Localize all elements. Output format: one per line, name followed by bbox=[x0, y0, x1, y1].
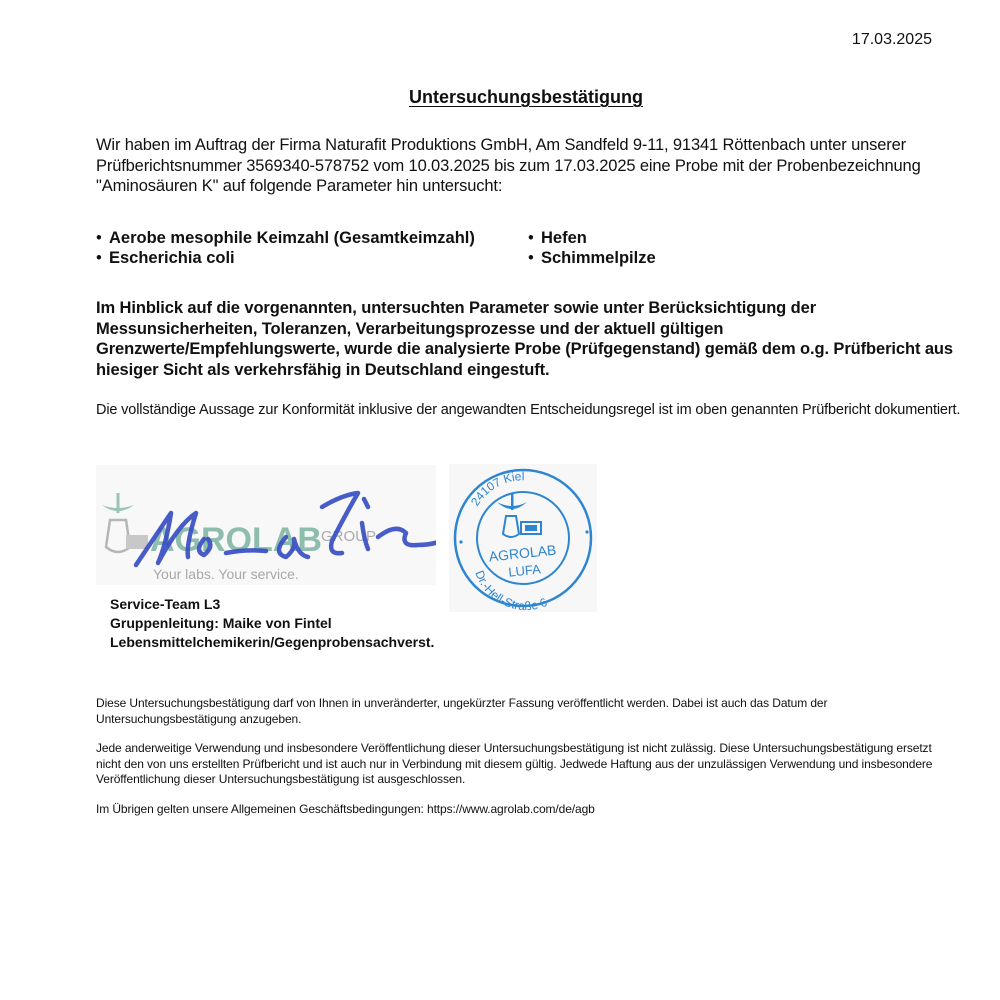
intro-paragraph: Wir haben im Auftrag der Firma Naturafit… bbox=[96, 135, 976, 197]
stamp-graphic: 24107 Kiel Dr.-Hell-Straße 6 AGROLAB LUF… bbox=[449, 464, 597, 612]
parameter-item: •Schimmelpilze bbox=[528, 248, 656, 268]
lab-stamp: 24107 Kiel Dr.-Hell-Straße 6 AGROLAB LUF… bbox=[449, 464, 597, 612]
bullet-icon: • bbox=[96, 228, 109, 248]
logo-slogan: Your labs. Your service. bbox=[153, 566, 299, 582]
bullet-icon: • bbox=[528, 228, 541, 248]
logo-graphic: AGROLAB GROUP Your labs. Your service. bbox=[96, 465, 436, 585]
footer-usage-restriction: Jede anderweitige Verwendung und insbeso… bbox=[96, 741, 956, 788]
footer-terms: Im Übrigen gelten unsere Allgemeinen Ges… bbox=[96, 802, 956, 818]
stamp-line2: LUFA bbox=[508, 561, 542, 579]
parameter-item: •Escherichia coli bbox=[96, 248, 475, 268]
stamp-plant-icon bbox=[497, 494, 541, 537]
bullet-icon: • bbox=[96, 248, 109, 268]
signatory-block: Service-Team L3 Gruppenleitung: Maike vo… bbox=[110, 595, 434, 652]
agrolab-logo: AGROLAB GROUP Your labs. Your service. bbox=[96, 465, 436, 585]
signatory-team: Service-Team L3 bbox=[110, 595, 434, 614]
document-date: 17.03.2025 bbox=[852, 31, 932, 49]
parameter-item: •Hefen bbox=[528, 228, 656, 248]
signatory-lead: Gruppenleitung: Maike von Fintel bbox=[110, 614, 434, 633]
bullet-icon: • bbox=[528, 248, 541, 268]
signatory-role: Lebensmittelchemikerin/Gegenprobensachve… bbox=[110, 633, 434, 652]
terms-link[interactable]: https://www.agrolab.com/de/agb bbox=[427, 802, 595, 816]
footer-publication-note: Diese Untersuchungsbestätigung darf von … bbox=[96, 696, 956, 727]
verdict-paragraph: Im Hinblick auf die vorgenannten, unters… bbox=[96, 298, 956, 380]
document-title: Untersuchungsbestätigung bbox=[0, 87, 1000, 108]
conformity-paragraph: Die vollständige Aussage zur Konformität… bbox=[96, 401, 966, 420]
parameter-item: •Aerobe mesophile Keimzahl (Gesamtkeimza… bbox=[96, 228, 475, 248]
stamp-line1: AGROLAB bbox=[488, 542, 557, 565]
plant-icon bbox=[102, 493, 148, 552]
